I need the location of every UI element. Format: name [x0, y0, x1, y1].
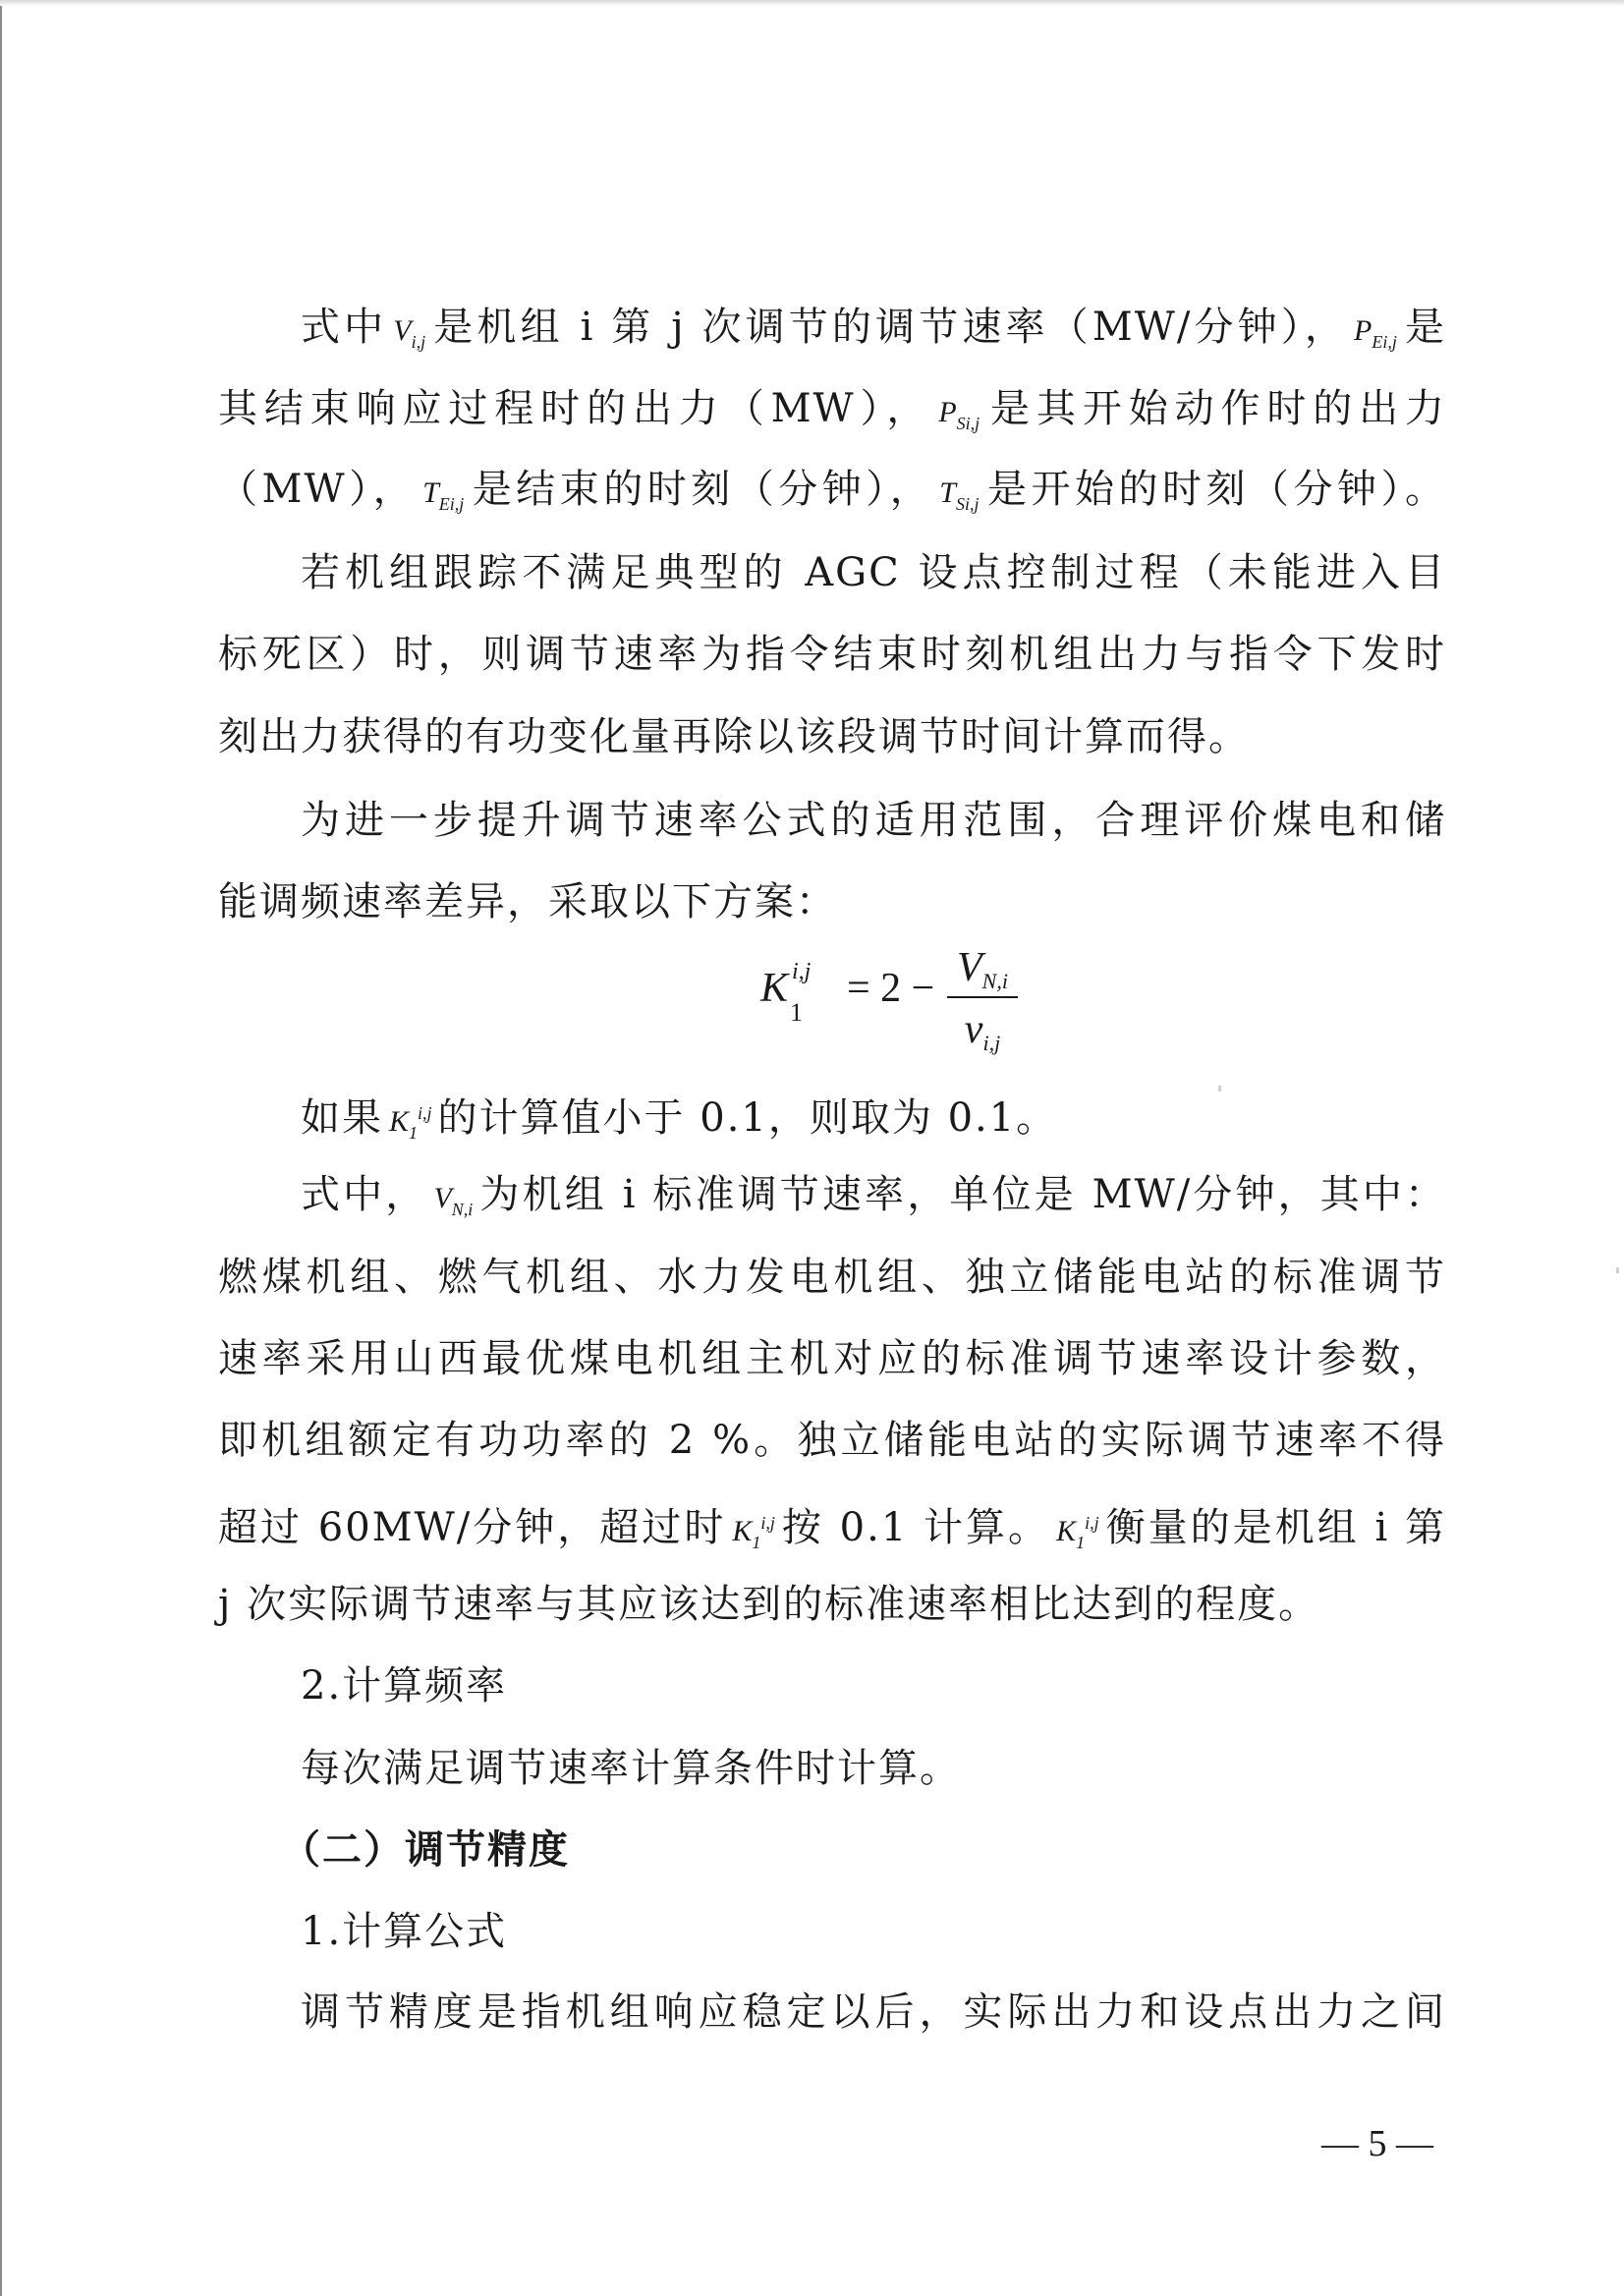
- scan-border-top: [0, 0, 1624, 6]
- paragraph-line: 式中，VN,i为机组 i 标准调节速率，单位是 MW/分钟，其中：: [301, 1167, 1446, 1237]
- section-heading: （二）调节精度: [281, 1822, 1427, 1877]
- scan-speck: [1218, 1086, 1221, 1092]
- formula-numerator: VN,i: [947, 943, 1018, 992]
- subsection-heading: 1.计算公式: [301, 1904, 1446, 1959]
- paragraph-line: 速率采用山西最优煤电机组主机对应的标准调节速率设计参数，: [218, 1331, 1446, 1386]
- paragraph-line: 为进一步提升调节速率公式的适用范围，合理评价煤电和储: [301, 793, 1446, 848]
- paragraph-line: 标死区）时，则调节速率为指令结束时刻机组出力与指令下发时: [218, 627, 1446, 682]
- paragraph-line: 若机组跟踪不满足典型的 AGC 设点控制过程（未能进入目: [301, 545, 1446, 600]
- paragraph-line: 燃煤机组、燃气机组、水力发电机组、独立储能电站的标准调节: [218, 1250, 1446, 1305]
- paragraph-line: 超过 60MW/分钟，超过时K1i,j按 0.1 计算。K1i,j衡量的是机组 …: [218, 1495, 1446, 1570]
- math-variable: Vi,j: [393, 314, 425, 347]
- math-variable: K1i,j: [1056, 1515, 1099, 1547]
- math-variable: TSi,j: [939, 476, 979, 509]
- scan-border-left: [0, 0, 2, 2296]
- paragraph-line: 调节精度是指机组响应稳定以后，实际出力和设点出力之间: [301, 1985, 1446, 2040]
- math-variable: VN,i: [433, 1182, 473, 1214]
- math-variable: PSi,j: [938, 396, 980, 428]
- formula-equals: = 2 −: [847, 965, 934, 1012]
- formula-k1: K 1 i,j = 2 − VN,i vi,j: [760, 943, 1055, 1071]
- subsection-heading: 2.计算频率: [301, 1658, 1446, 1713]
- paragraph-line: （MW），TEi,j是结束的时刻（分钟），TSi,j是开始的时刻（分钟）。: [218, 462, 1446, 532]
- math-variable: PEi,j: [1354, 314, 1397, 347]
- paragraph-line: j 次实际调节速率与其应该达到的标准速率相比达到的程度。: [218, 1577, 1446, 1632]
- paragraph-line: 每次满足调节速率计算条件时计算。: [301, 1741, 1446, 1796]
- paragraph-line: 其结束响应过程时的出力（MW），PSi,j是其开始动作时的出力: [218, 381, 1446, 451]
- math-variable: TEi,j: [422, 476, 464, 509]
- math-variable: K1i,j: [732, 1515, 775, 1547]
- formula-fraction: VN,i vi,j: [947, 943, 1018, 1056]
- paragraph-line: 刻出力获得的有功变化量再除以该段调节时间计算而得。: [218, 709, 1446, 764]
- page-number: — 5 —: [1321, 2122, 1433, 2165]
- scan-speck: [1616, 1267, 1619, 1273]
- formula-denominator: vi,j: [947, 1006, 1018, 1056]
- formula-lhs: K 1 i,j: [760, 965, 788, 1012]
- math-variable: K1i,j: [389, 1105, 432, 1138]
- paragraph-line: 式中Vi,j是机组 i 第 j 次调节的调节速率（MW/分钟），PEi,j是: [301, 300, 1446, 369]
- fraction-bar: [947, 996, 1018, 998]
- paragraph-line: 如果K1i,j的计算值小于 0.1，则取为 0.1。: [301, 1086, 1446, 1160]
- paragraph-line: 能调频速率差异，采取以下方案：: [218, 874, 1446, 929]
- paragraph-line: 即机组额定有功功率的 2 %。独立储能电站的实际调节速率不得: [218, 1413, 1446, 1468]
